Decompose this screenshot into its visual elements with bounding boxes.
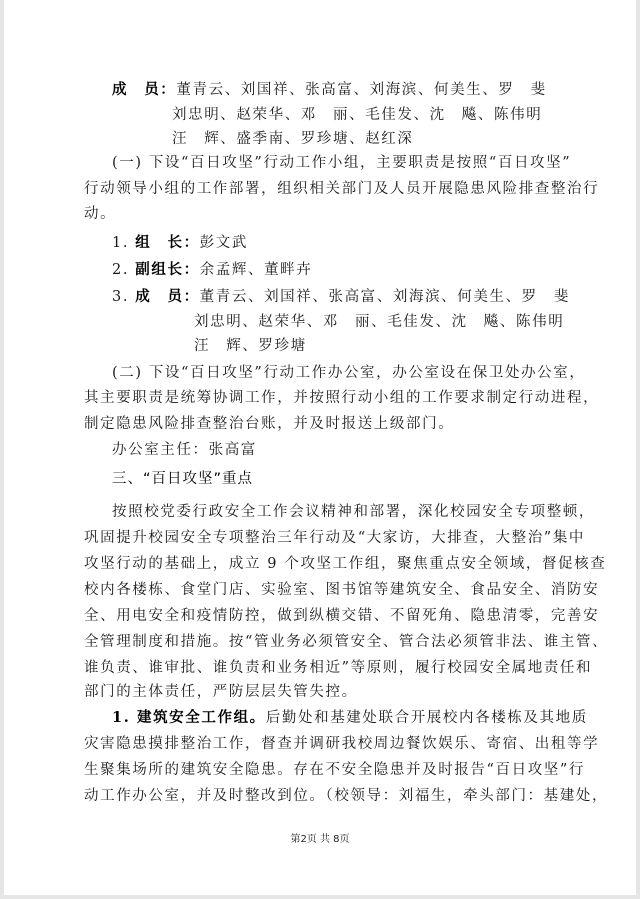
item-value: 董青云、刘国祥、张高富、刘海滨、何美生、罗 斐 — [200, 289, 570, 305]
section-heading: 三、“百日攻坚”重点 — [112, 470, 253, 488]
group-1-line: 生聚集场所的建筑安全隐患。存在不安全隐患并及时报告“百日攻坚”行 — [84, 761, 585, 779]
page-number: 第2页 共 8页 — [4, 830, 636, 845]
list-item-deputy: 2. 副组长：余孟辉、董畔卉 — [112, 261, 312, 279]
item-value: 彭文武 — [200, 235, 248, 251]
paragraph-line: 巩固提升校园安全专项整治三年行动及“大家访，大排查，大整治”集中 — [84, 529, 585, 547]
section-2-line: 制定隐患风险排查整治台账，并及时报送上级部门。 — [84, 415, 454, 433]
members-line: 董青云、刘国祥、张高富、刘海滨、何美生、罗 斐 — [176, 82, 546, 98]
item-value: 余孟辉、董畔卉 — [200, 262, 313, 278]
group-1-line: 灾害隐患摸排整治工作，督查并调研我校周边餐饮娱乐、寄宿、出租等学 — [84, 735, 599, 753]
item-number: 1. — [112, 235, 129, 251]
section-2-line: (二) 下设“百日攻坚”行动工作办公室，办公室设在保卫处办公室， — [112, 364, 585, 382]
section-1-line: (一) 下设“百日攻坚”行动工作小组，主要职责是按照“百日攻坚” — [112, 154, 571, 172]
item-label: 成 员： — [135, 288, 199, 306]
item-label: 副组长： — [135, 261, 199, 279]
members-line: 刘忠明、赵荣华、邓 丽、毛佳发、沈 飚、陈伟明 — [172, 106, 542, 124]
group-1-text: 后勤处和基建处联合开展校内各楼栋及其地质 — [266, 710, 588, 726]
paragraph-line: 全、用电安全和疫情防控，做到纵横交错、不留死角、隐患清零，完善安 — [84, 607, 599, 625]
item-number: 3. — [112, 289, 129, 305]
members-label: 成 员：董青云、刘国祥、张高富、刘海滨、何美生、罗 斐 — [112, 81, 547, 99]
section-1-line: 动。 — [84, 205, 116, 223]
paragraph-line: 全管理制度和措施。按“管业务必须管安全、管合法必须管非法、谁主管、 — [84, 633, 608, 651]
section-2-line: 其主要职责是统筹协调工作，并按照行动小组的工作要求制定行动进程， — [84, 389, 599, 407]
office-director: 办公室主任：张高富 — [112, 441, 257, 459]
group-1-title: 1. 建筑安全工作组。 — [112, 709, 266, 727]
list-item-leader: 1. 组 长：彭文武 — [112, 234, 248, 252]
group-1-first-line: 1. 建筑安全工作组。后勤处和基建处联合开展校内各楼栋及其地质 — [112, 709, 588, 727]
members-line: 汪 辉、罗珍塘 — [194, 337, 307, 355]
document-page: 成 员：董青云、刘国祥、张高富、刘海滨、何美生、罗 斐 刘忠明、赵荣华、邓 丽、… — [4, 0, 636, 895]
group-1-line: 动工作办公室，并及时整改到位。（校领导：刘福生，牵头部门：基建处， — [84, 787, 608, 805]
paragraph-line: 校内各楼栋、食堂门店、实验室、图书馆等建筑安全、食品安全、消防安 — [84, 581, 599, 599]
list-item-members: 3. 成 员：董青云、刘国祥、张高富、刘海滨、何美生、罗 斐 — [112, 288, 570, 306]
section-1-line: 行动领导小组的工作部署，组织相关部门及人员开展隐患风险排查整治行 — [84, 180, 599, 198]
paragraph-line: 谁负责、谁审批、谁负责和业务相近”等原则，履行校园安全属地责任和 — [84, 659, 592, 677]
paragraph-line: 按照校党委行政安全工作会议精神和部署，深化校园安全专项整顿， — [112, 503, 595, 521]
members-line: 汪 辉、盛季南、罗珍塘、赵红深 — [172, 130, 414, 148]
members-line: 刘忠明、赵荣华、邓 丽、毛佳发、沈 飚、陈伟明 — [194, 313, 564, 331]
item-label: 组 长： — [135, 234, 199, 252]
members-label-text: 成 员： — [112, 81, 176, 99]
paragraph-line: 部门的主体责任，严防层层失管失控。 — [84, 683, 358, 701]
item-number: 2. — [112, 262, 129, 278]
paragraph-line: 攻坚行动的基础上，成立 9 个攻坚工作组，聚焦重点安全领域，督促核查 — [84, 555, 606, 573]
